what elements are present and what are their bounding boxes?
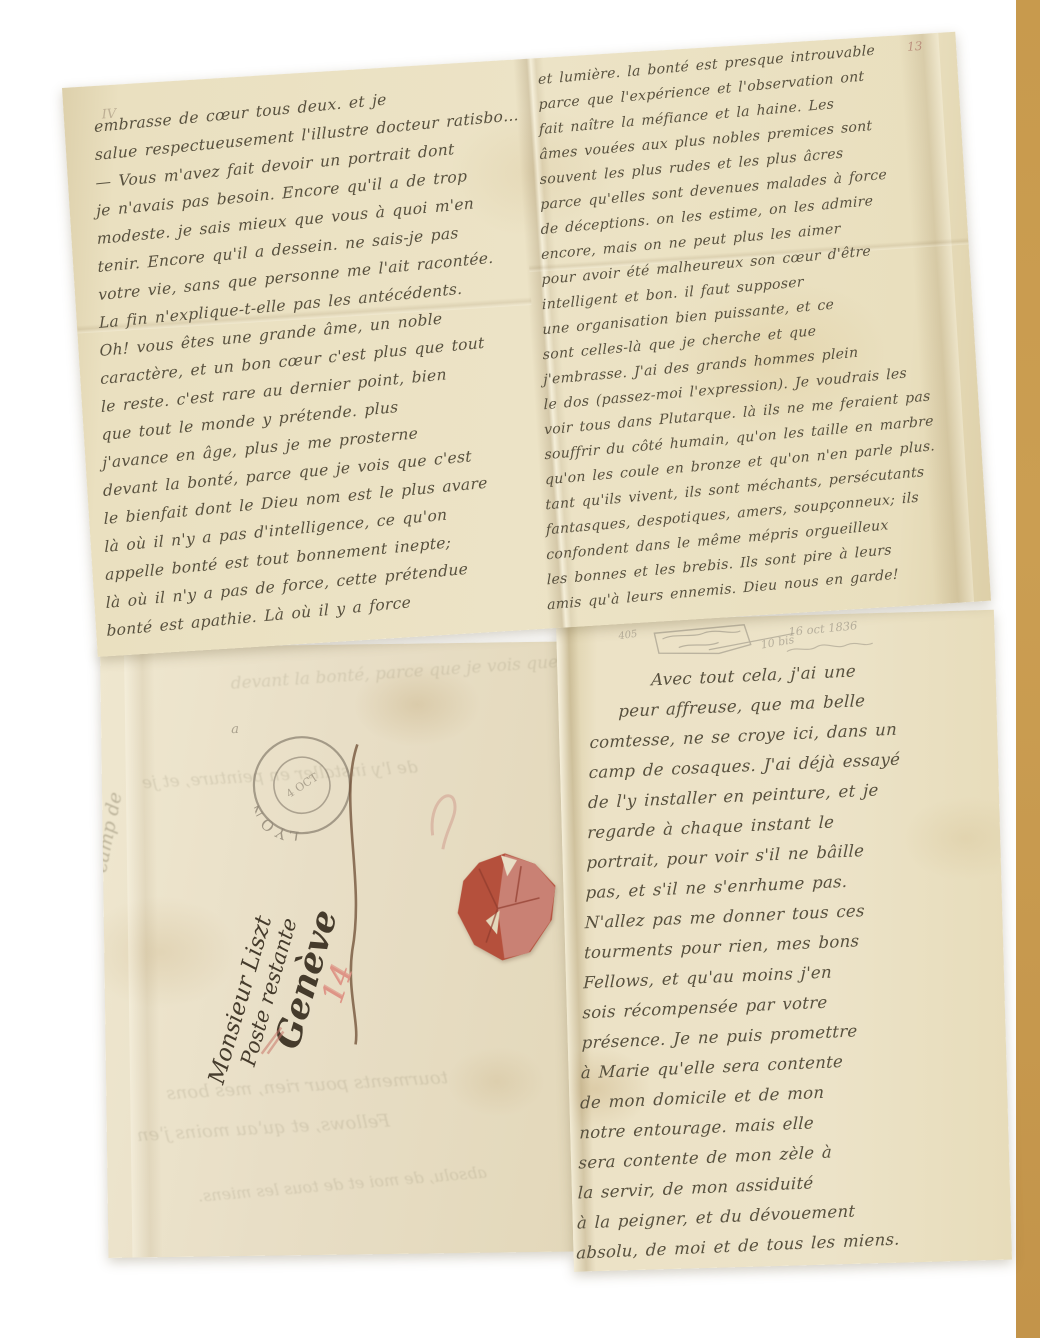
left-page-text-block: embrasse de cœur tous deux. et jesalue r… (94, 79, 518, 650)
book-gilt-edge (1016, 0, 1040, 1338)
show-through-text: absolu, de moi et de tous les miens. (197, 1163, 487, 1206)
show-through-text: devant la bonté, parce que je vois que c… (230, 649, 573, 694)
right-page-text-block: et lumière. la bonté est presque introuv… (538, 35, 967, 622)
envelope-leaf: camp de cosaques devant la bonté, parce … (100, 642, 573, 1258)
show-through-text: cosaques (100, 862, 109, 953)
pencil-number-mark: 405 (618, 629, 638, 642)
letter-spread: IV 13 embrasse de cœur tous deux. et jes… (62, 32, 991, 657)
envelope-fold-crease (124, 647, 163, 1257)
letter-text-block: Avec tout cela, j'ai unepeur affreuse, q… (576, 656, 990, 1274)
show-through-text: Fellows, et qu'au moins j'en (136, 1110, 390, 1146)
pencil-scribble (785, 637, 876, 662)
red-crayon-scratch (257, 1023, 288, 1061)
letter-page-3: 405 10 bis 16 oct 1836 Avec tout cela, j… (556, 610, 1012, 1272)
manuscript-scan: camp de cosaques devant la bonté, parce … (0, 0, 1040, 1338)
pencil-date-note: 16 oct 1836 (788, 618, 858, 639)
red-wax-seal (441, 847, 574, 975)
pencil-letter-mark: a (231, 722, 239, 737)
red-crayon-flourish (424, 783, 465, 858)
show-through-text: camp de (100, 790, 127, 874)
